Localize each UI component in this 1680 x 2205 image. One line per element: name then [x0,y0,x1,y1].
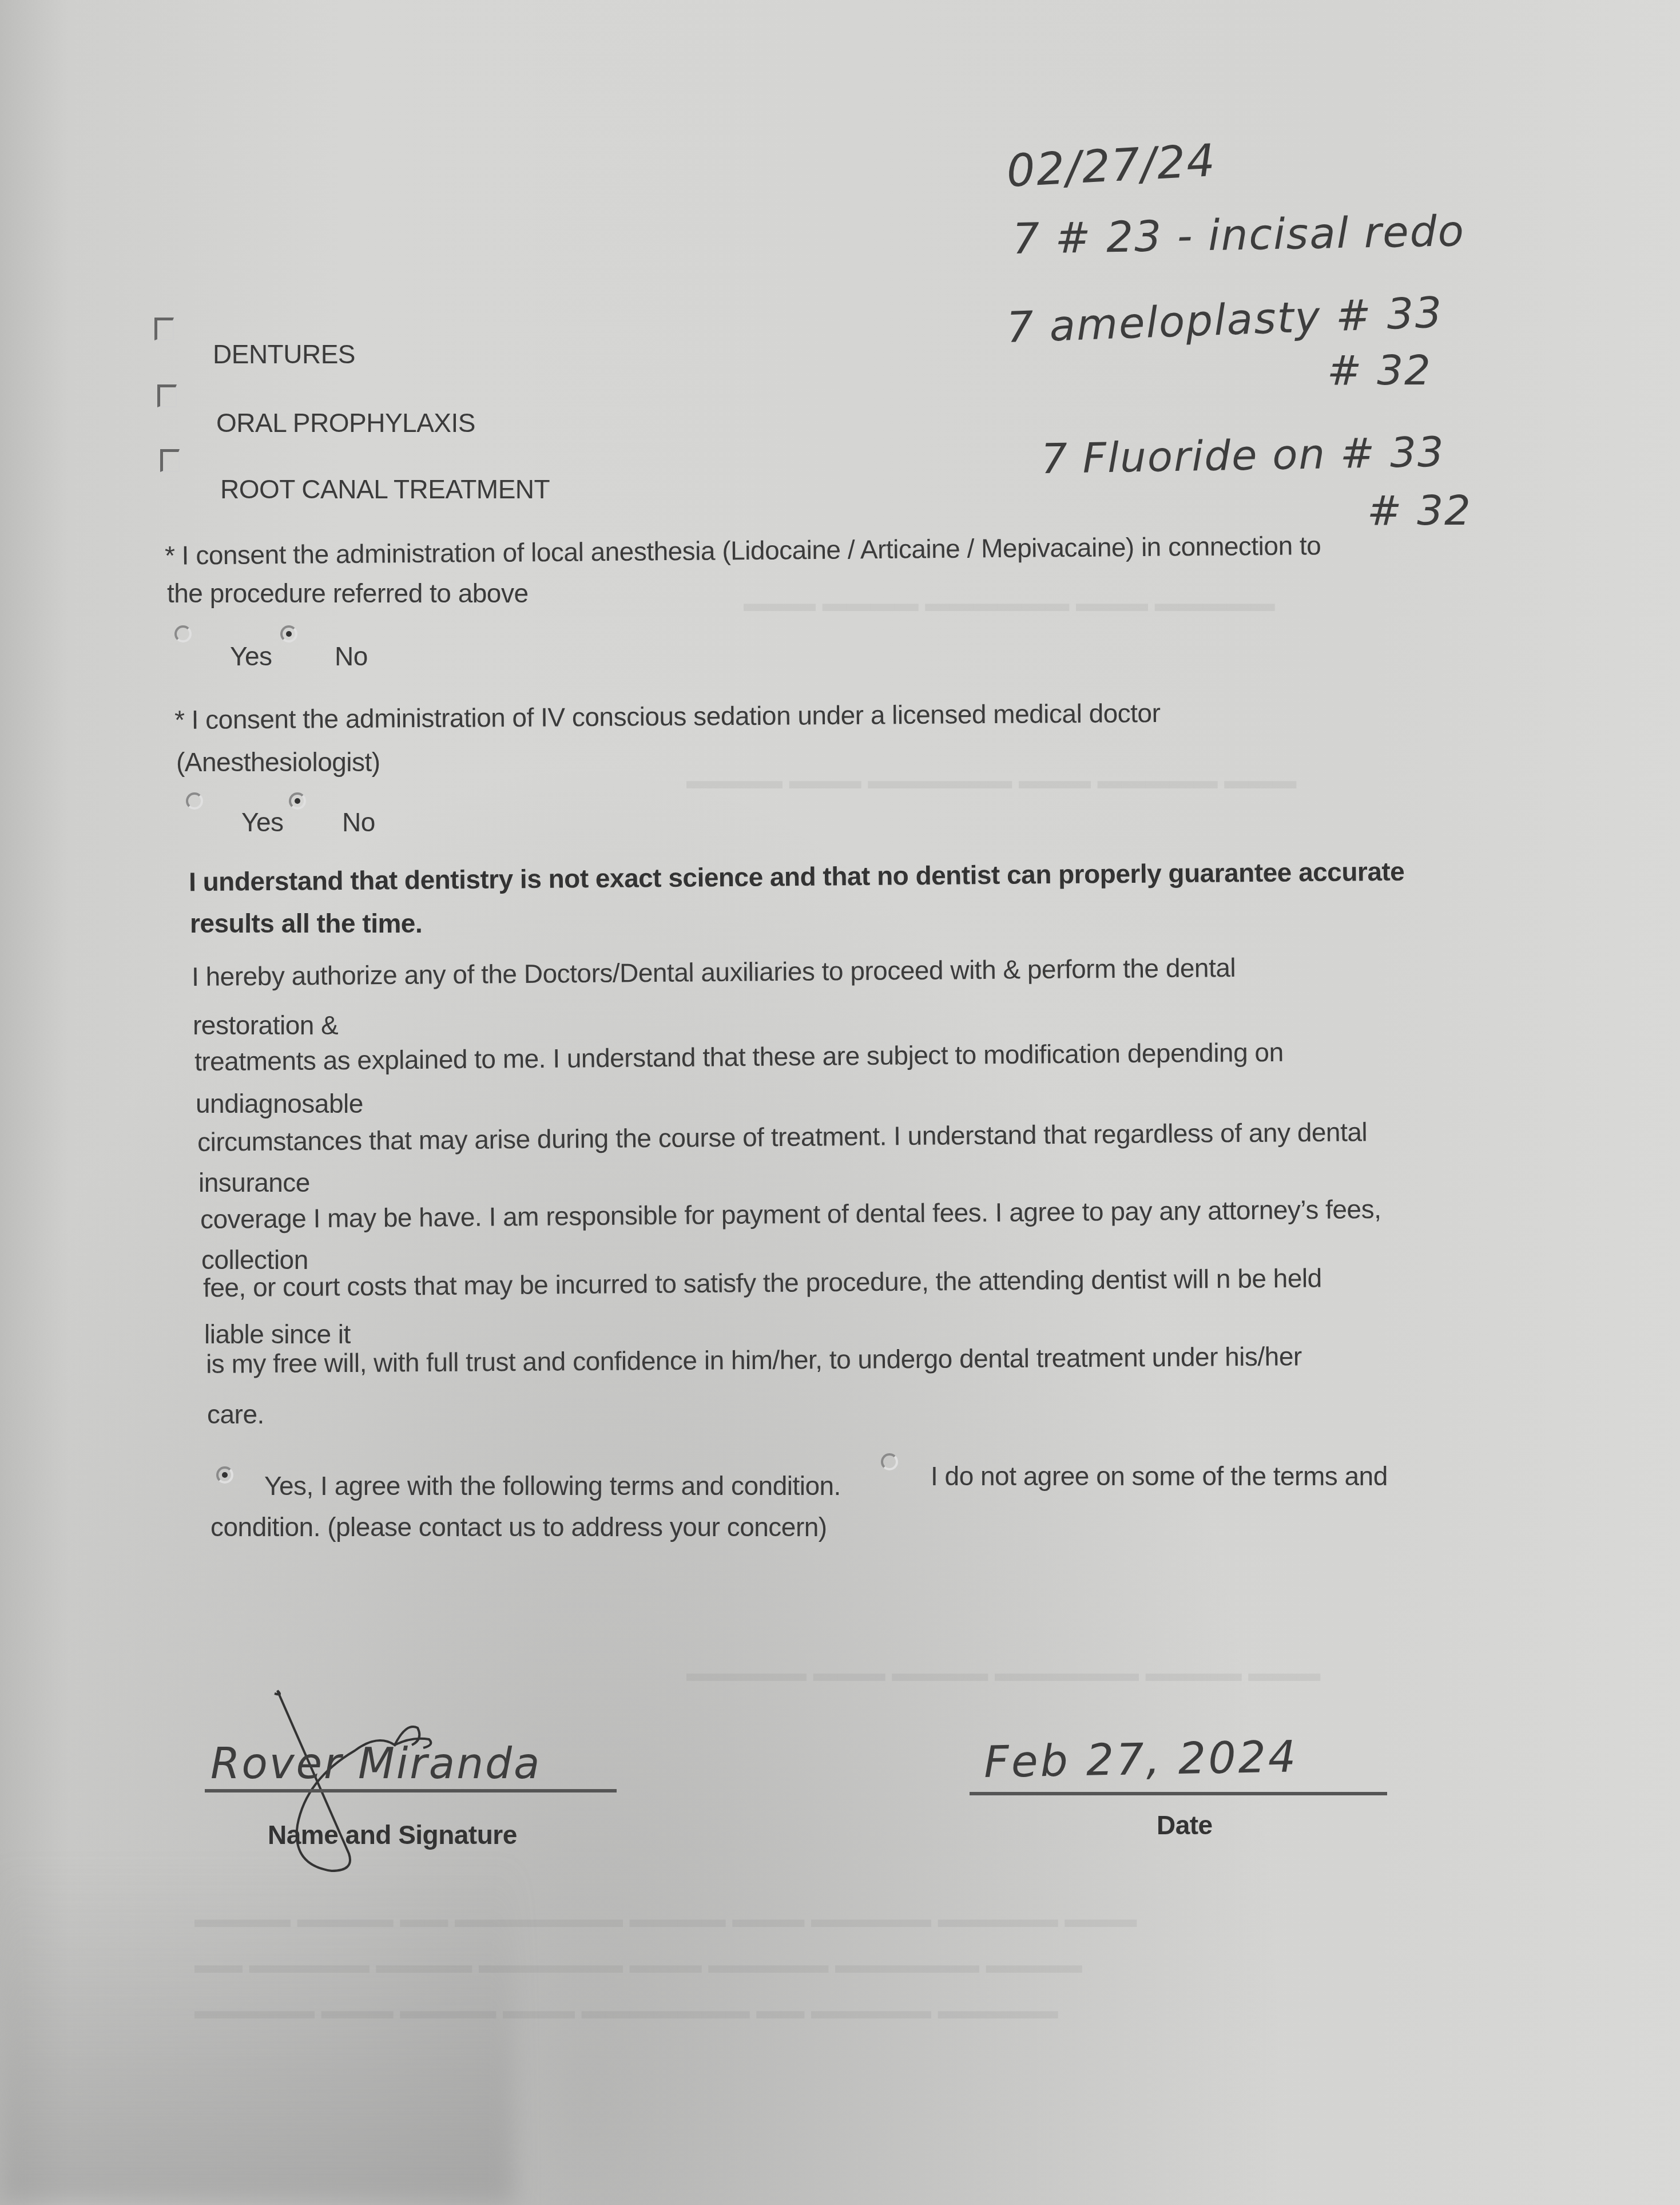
show-through-text: ▬▬ ▬▬▬▬▬ ▬▬▬▬ ▬▬▬▬▬▬ ▬▬▬ ▬▬▬▬▬ ▬▬▬▬▬▬ ▬▬… [194,1951,1082,1978]
authorization-line: undiagnosable [196,1088,363,1119]
agree-label: Yes, I agree with the following terms an… [264,1470,841,1501]
oral-prophylaxis-checkbox[interactable] [157,384,177,407]
authorization-line: care. [207,1399,264,1430]
radio-label: No [335,641,368,672]
authorization-line: liable since it [204,1319,351,1350]
show-through-text: ▬▬▬ ▬▬▬▬ ▬▬▬▬▬▬ ▬▬▬ ▬▬▬▬▬ [744,589,1275,617]
date-value: Feb 27, 2024 [983,1731,1298,1787]
show-through-text: ▬▬▬▬ ▬▬▬ ▬▬▬▬▬▬ ▬▬▬ ▬▬▬▬▬ ▬▬▬ [686,767,1296,794]
authorization-line: insurance [198,1167,310,1198]
signature-name: Rover Miranda [211,1739,541,1788]
procedure-label: DENTURES [213,339,355,370]
radio-label: No [342,807,375,838]
name-and-signature-label: Name and Signature [268,1819,517,1850]
handwritten-note: 7 # 23 - incisal redo [1012,207,1465,264]
local-anesthesia-yes-radio[interactable] [174,625,192,643]
disagree-radio[interactable] [881,1453,898,1470]
show-through-text: ▬▬▬▬ ▬▬▬▬ ▬▬ ▬▬▬▬▬▬▬ ▬▬▬▬ ▬▬▬ ▬▬▬▬▬ ▬▬▬▬… [194,1905,1137,1933]
consent-question: the procedure referred to above [167,578,528,609]
signature-line [205,1789,617,1792]
handwritten-note: 7 Fluoride on # 33 [1040,428,1445,483]
date-line [970,1792,1387,1795]
local-anesthesia-no-radio[interactable] [280,625,297,643]
radio-label: Yes [230,641,272,672]
date-label: Date [1157,1810,1213,1841]
show-through-text: ▬▬▬▬▬ ▬▬▬ ▬▬▬▬ ▬▬▬▬▬▬ ▬▬▬▬ ▬▬▬ [686,1659,1320,1687]
iv-sedation-no-radio[interactable] [289,792,306,810]
authorization-line: restoration & [193,1010,338,1041]
authorization-line: collection [201,1244,308,1275]
show-through-text: ▬▬▬▬▬ ▬▬▬ ▬▬▬▬ ▬▬▬ ▬▬▬▬▬▬▬ ▬▬ ▬▬▬▬▬ ▬▬▬▬… [194,1997,1058,2024]
procedure-label: ROOT CANAL TREATMENT [220,474,550,505]
root-canal-checkbox[interactable] [160,449,180,472]
handwritten-note: # 32 [1367,486,1472,534]
disagree-label: I do not agree on some of the terms and [931,1461,1388,1492]
dentures-checkbox[interactable] [154,318,174,340]
radio-label: Yes [241,807,284,838]
handwritten-date: 02/27/24 [1006,135,1218,197]
disagree-label-continued: condition. (please contact us to address… [211,1512,827,1542]
handwritten-note: # 32 [1327,346,1432,394]
procedure-label: ORAL PROPHYLAXIS [216,407,475,438]
iv-sedation-yes-radio[interactable] [186,792,203,810]
disclaimer-text: results all the time. [190,908,422,939]
consent-question: (Anesthesiologist) [176,747,380,778]
agree-radio[interactable] [216,1466,233,1484]
